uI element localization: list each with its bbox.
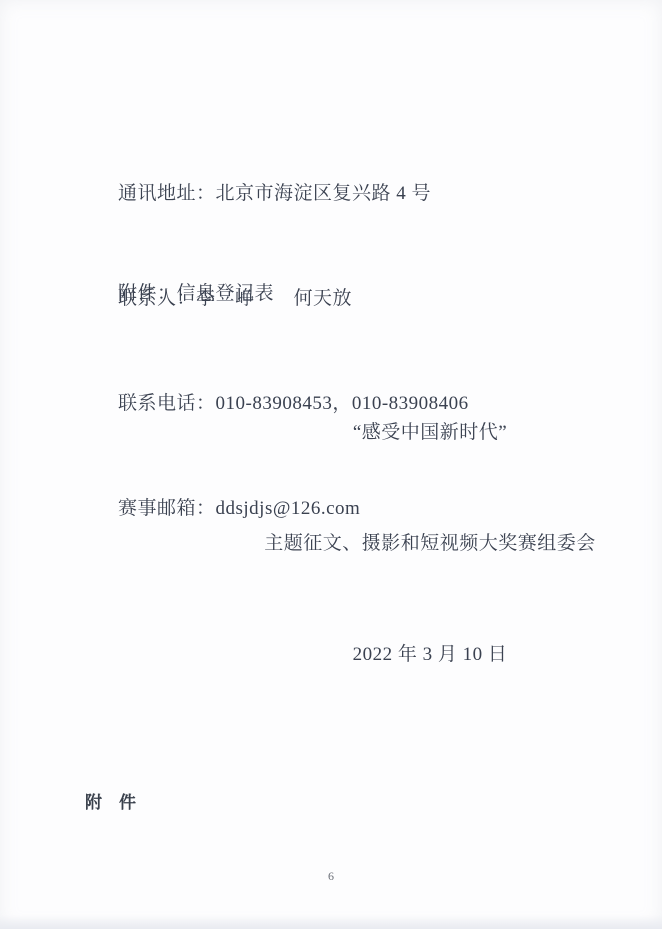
scan-shadow-bottom xyxy=(0,915,662,929)
signature-date: 2022 年 3 月 10 日 xyxy=(250,636,610,673)
attachment-note-line: 附件：信息登记表 xyxy=(118,276,274,311)
signature-committee-name: 主题征文、摄影和短视频大奖赛组委会 xyxy=(250,525,610,562)
signature-block: “感受中国新时代” 主题征文、摄影和短视频大奖赛组委会 2022 年 3 月 1… xyxy=(250,340,610,747)
page-number: 6 xyxy=(0,868,662,884)
appendix-heading: 附 件 xyxy=(85,794,136,812)
document-page: 通讯地址：北京市海淀区复兴路 4 号 联系人：李 峥 何天放 联系电话：010-… xyxy=(0,0,662,929)
contact-address-line: 通讯地址：北京市海淀区复兴路 4 号 xyxy=(118,176,469,211)
signature-campaign-title: “感受中国新时代” xyxy=(250,414,610,451)
